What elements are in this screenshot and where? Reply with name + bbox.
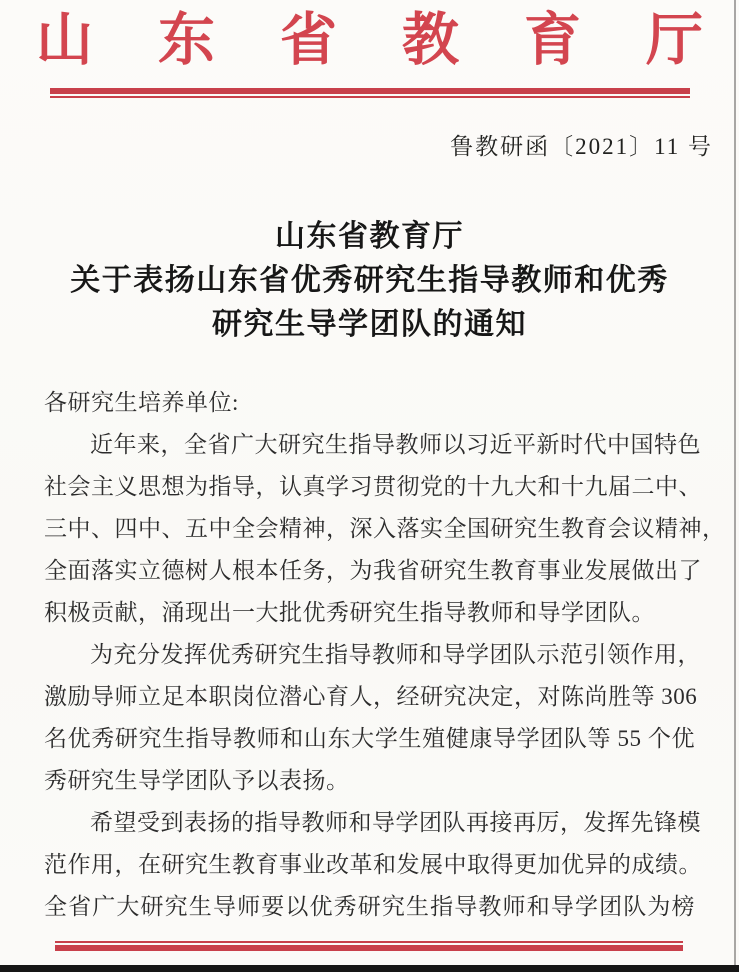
red-separator-top xyxy=(50,88,690,98)
body-line: 三中、四中、五中全会精神，深入落实全国研究生教育会议精神， xyxy=(44,508,695,550)
agency-char: 教 xyxy=(402,6,459,76)
title-line: 关于表扬山东省优秀研究生指导教师和优秀 xyxy=(0,259,739,303)
red-rule-thin xyxy=(50,96,690,98)
document-body: 各研究生培养单位: 近年来，全省广大研究生指导教师以习近平新时代中国特色 社会主… xyxy=(0,382,739,928)
body-line: 秀研究生导学团队予以表扬。 xyxy=(44,760,695,802)
body-line: 近年来，全省广大研究生指导教师以习近平新时代中国特色 xyxy=(44,424,695,466)
scan-edge-bottom xyxy=(0,965,739,972)
red-separator-bottom xyxy=(55,941,683,951)
agency-char: 省 xyxy=(280,6,337,76)
body-line: 范作用，在研究生教育事业改革和发展中取得更加优异的成绩。 xyxy=(44,844,695,886)
agency-char: 山 xyxy=(36,6,93,76)
body-line: 社会主义思想为指导，认真学习贯彻党的十九大和十九届二中、 xyxy=(44,466,695,508)
body-line: 为充分发挥优秀研究生指导教师和导学团队示范引领作用， xyxy=(44,634,695,676)
body-line: 激励导师立足本职岗位潜心育人，经研究决定，对陈尚胜等 306 xyxy=(44,676,695,718)
agency-char: 东 xyxy=(158,6,215,76)
body-line: 全面落实立德树人根本任务，为我省研究生教育事业发展做出了 xyxy=(44,550,695,592)
document-page: 山 东 省 教 育 厅 鲁教研函〔2021〕11 号 山东省教育厅 关于表扬山东… xyxy=(0,0,739,972)
scan-edge-right xyxy=(734,0,736,965)
body-line: 积极贡献，涌现出一大批优秀研究生指导教师和导学团队。 xyxy=(44,592,695,634)
salutation: 各研究生培养单位: xyxy=(44,382,695,424)
document-title: 山东省教育厅 关于表扬山东省优秀研究生指导教师和优秀 研究生导学团队的通知 xyxy=(0,215,739,347)
agency-char: 厅 xyxy=(646,6,703,76)
title-line: 研究生导学团队的通知 xyxy=(0,303,739,347)
body-line: 希望受到表扬的指导教师和导学团队再接再厉，发挥先锋模 xyxy=(44,802,695,844)
agency-masthead: 山 东 省 教 育 厅 xyxy=(0,6,739,76)
red-rule-thick xyxy=(55,945,683,951)
title-line: 山东省教育厅 xyxy=(0,215,739,259)
body-line: 全省广大研究生导师要以优秀研究生指导教师和导学团队为榜 xyxy=(44,886,695,928)
agency-char: 育 xyxy=(524,6,581,76)
body-line: 名优秀研究生指导教师和山东大学生殖健康导学团队等 55 个优 xyxy=(44,718,695,760)
document-number: 鲁教研函〔2021〕11 号 xyxy=(0,131,739,163)
